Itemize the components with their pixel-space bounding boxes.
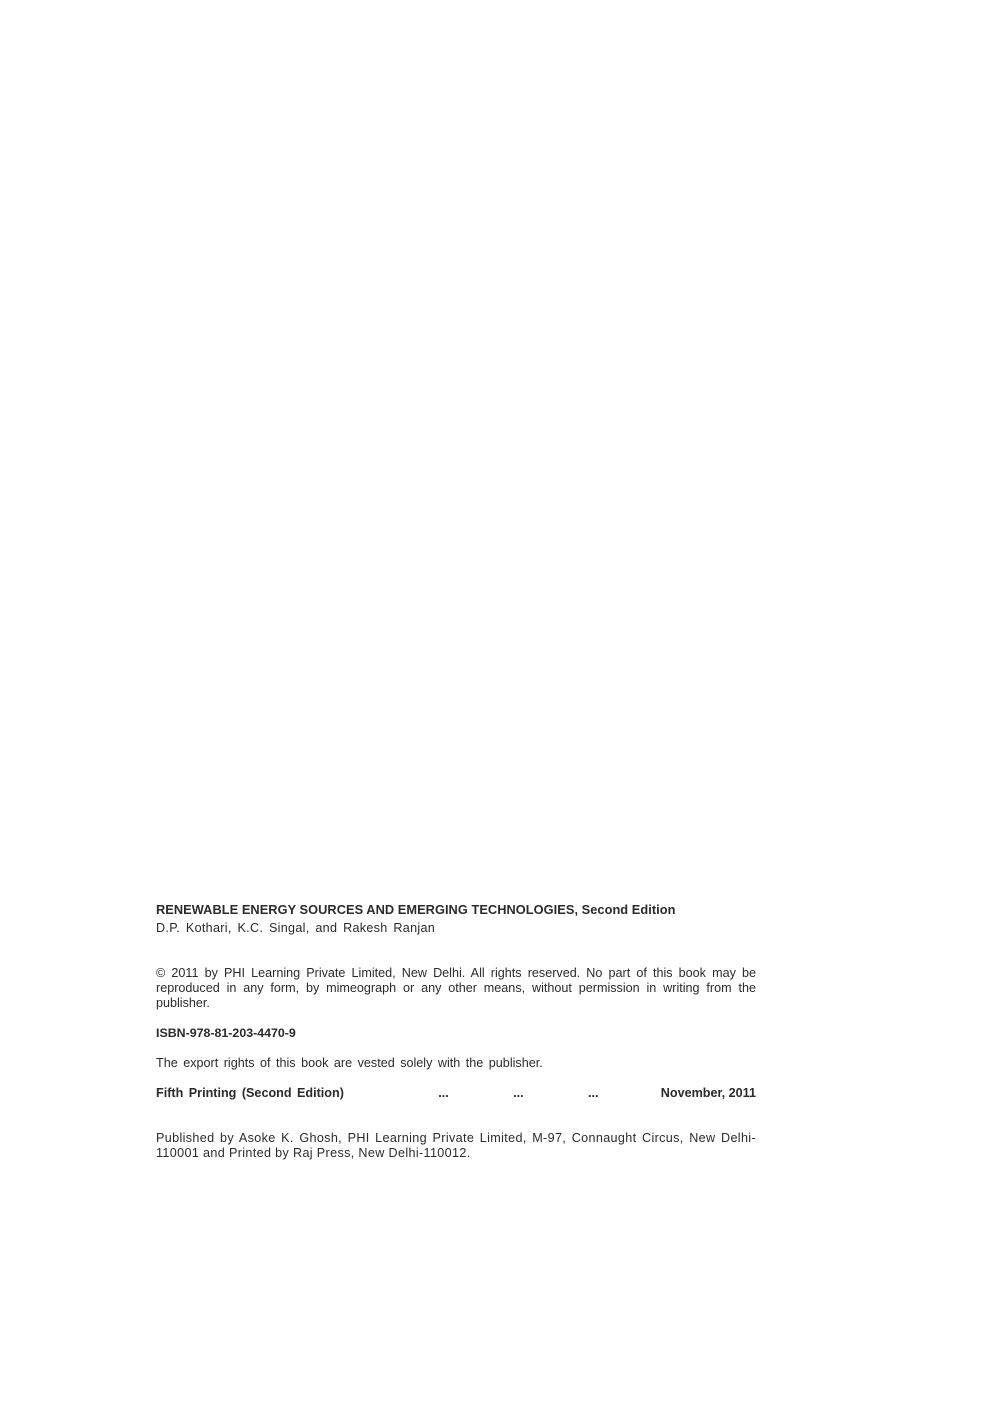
book-title: RENEWABLE ENERGY SOURCES AND EMERGING TE… [156,902,756,917]
export-rights-notice: The export rights of this book are veste… [156,1056,756,1071]
book-authors: D.P. Kothari, K.C. Singal, and Rakesh Ra… [156,921,756,936]
isbn: ISBN-978-81-203-4470-9 [156,1026,756,1041]
printing-separators: ... ... ... [386,1086,661,1101]
copyright-notice: © 2011 by PHI Learning Private Limited, … [156,966,756,1012]
printing-line: Fifth Printing (Second Edition) ... ... … [156,1086,756,1101]
printing-date: November, 2011 [661,1086,756,1101]
separator-dots: ... [438,1086,449,1101]
separator-dots: ... [513,1086,524,1101]
printing-label: Fifth Printing (Second Edition) [156,1086,386,1101]
publisher-info: Published by Asoke K. Ghosh, PHI Learnin… [156,1131,756,1161]
separator-dots: ... [588,1086,599,1101]
